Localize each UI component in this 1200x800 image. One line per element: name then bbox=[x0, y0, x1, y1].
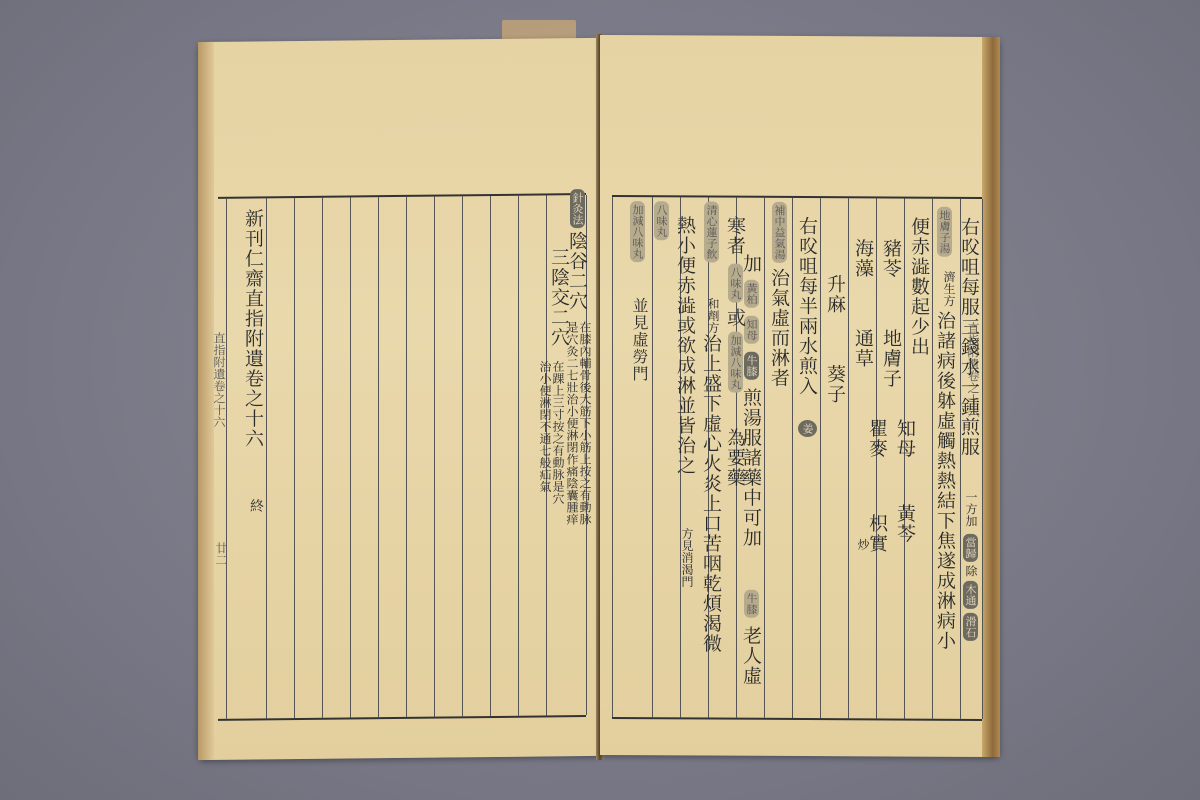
text-column: 治諸病後躰虛觸熱熱結下焦遂成淋病小 bbox=[934, 311, 956, 651]
text-column: 熱小便赤澁或欲成淋並皆治之 bbox=[674, 215, 696, 475]
formula-badge: 加減八味丸 bbox=[630, 201, 645, 262]
text-column: 寒者 bbox=[724, 216, 746, 256]
entry-note: 是穴灸二七壯治小便淋閉作痛陰囊腫痒 bbox=[565, 321, 578, 525]
end-mark: 終 bbox=[248, 498, 264, 512]
text-column: 治上盛下虛心火炎上口苦咽乾煩渴微 bbox=[700, 333, 722, 653]
ingredient: 黃芩 bbox=[894, 503, 916, 543]
text-column: 右㕮咀每服三錢水一鍾煎服 bbox=[958, 217, 980, 457]
text-column-prefix: 加 bbox=[740, 254, 762, 274]
right-page: 直指附遺卷之十六 右㕮咀每服三錢水一鍾煎服 一方加 當歸 除 木通 滑石 地膚子… bbox=[600, 35, 1000, 757]
text-column: 或 bbox=[724, 308, 746, 328]
text-column: 便赤澁數起少出 bbox=[908, 217, 930, 357]
ingredient: 知母 bbox=[894, 418, 916, 458]
herb-badge: 滑石 bbox=[963, 613, 978, 641]
ingredient: 通草 bbox=[852, 328, 874, 368]
herb-badge: 知母 bbox=[744, 316, 759, 344]
page-fore-edge bbox=[982, 37, 1000, 757]
herb-badge: 當歸 bbox=[963, 534, 978, 562]
ingredient: 升麻 bbox=[824, 274, 846, 314]
entry-heading: 三陰交二穴 bbox=[548, 247, 570, 347]
volume-title: 新刊仁齋直指附遺卷之十六 bbox=[242, 208, 264, 448]
herb-badge: 牛膝 bbox=[744, 352, 759, 380]
print-frame: 新刊仁齋直指附遺卷之十六 終 針灸法 陰谷二穴 在膝內輔骨後大筋下小筋上按之有動… bbox=[218, 193, 586, 721]
section-badge: 針灸法 bbox=[570, 189, 585, 228]
text-column: 並見虛勞門 bbox=[630, 297, 649, 382]
text-column: 為要藥 bbox=[724, 428, 746, 488]
herb-badge: 黃柏 bbox=[744, 280, 759, 308]
annotation: 一方加 bbox=[964, 491, 977, 527]
entry-note: 在膝內輔骨後大筋下小筋上按之有動脉 bbox=[578, 321, 591, 525]
formula-badge: 八味丸 bbox=[654, 201, 669, 240]
ingredient: 地膚子 bbox=[880, 328, 902, 388]
ingredient: 瞿麥 bbox=[866, 418, 888, 458]
herb-badge: 木通 bbox=[963, 581, 978, 609]
ingredient: 海藻 bbox=[852, 238, 874, 278]
annotation: 炒 bbox=[856, 538, 869, 550]
entry-note: 在踝上三寸按之有動脉是穴 bbox=[551, 360, 564, 504]
annotation: 濟生方 bbox=[942, 271, 955, 307]
formula-badge: 八味丸 bbox=[728, 264, 743, 303]
annotation: 除 bbox=[964, 565, 977, 577]
text-column: 右㕮咀每半兩水煎入 bbox=[796, 216, 818, 396]
formula-badge: 補中益氣湯 bbox=[772, 202, 787, 263]
annotation: 方見消渴門 bbox=[680, 527, 693, 587]
ingredient: 葵子 bbox=[824, 364, 846, 404]
herb-badge: 牛膝 bbox=[744, 590, 759, 618]
formula-badge: 清心蓮子飲 bbox=[704, 201, 719, 262]
formula-badge: 地膚子湯 bbox=[937, 207, 952, 257]
text-column: 治氣虛而淋者 bbox=[768, 268, 790, 388]
ingredient: 豬苓 bbox=[880, 238, 902, 278]
entry-note: 治小便淋閉不通七般疝氣 bbox=[538, 360, 551, 492]
formula-badge: 加減八味丸 bbox=[728, 332, 743, 393]
annotation: 和劑方 bbox=[706, 298, 719, 334]
text-column: 老人虛 bbox=[740, 626, 762, 686]
herb-badge: 姜 bbox=[798, 420, 817, 437]
left-page: 直指附遺卷之十六 廿二 新刊仁齋直指附遺卷之十六 終 針灸法 陰谷二穴 在膝內輔… bbox=[198, 38, 598, 760]
print-frame: 右㕮咀每服三錢水一鍾煎服 一方加 當歸 除 木通 滑石 地膚子湯 濟生方 治諸病… bbox=[612, 195, 982, 721]
